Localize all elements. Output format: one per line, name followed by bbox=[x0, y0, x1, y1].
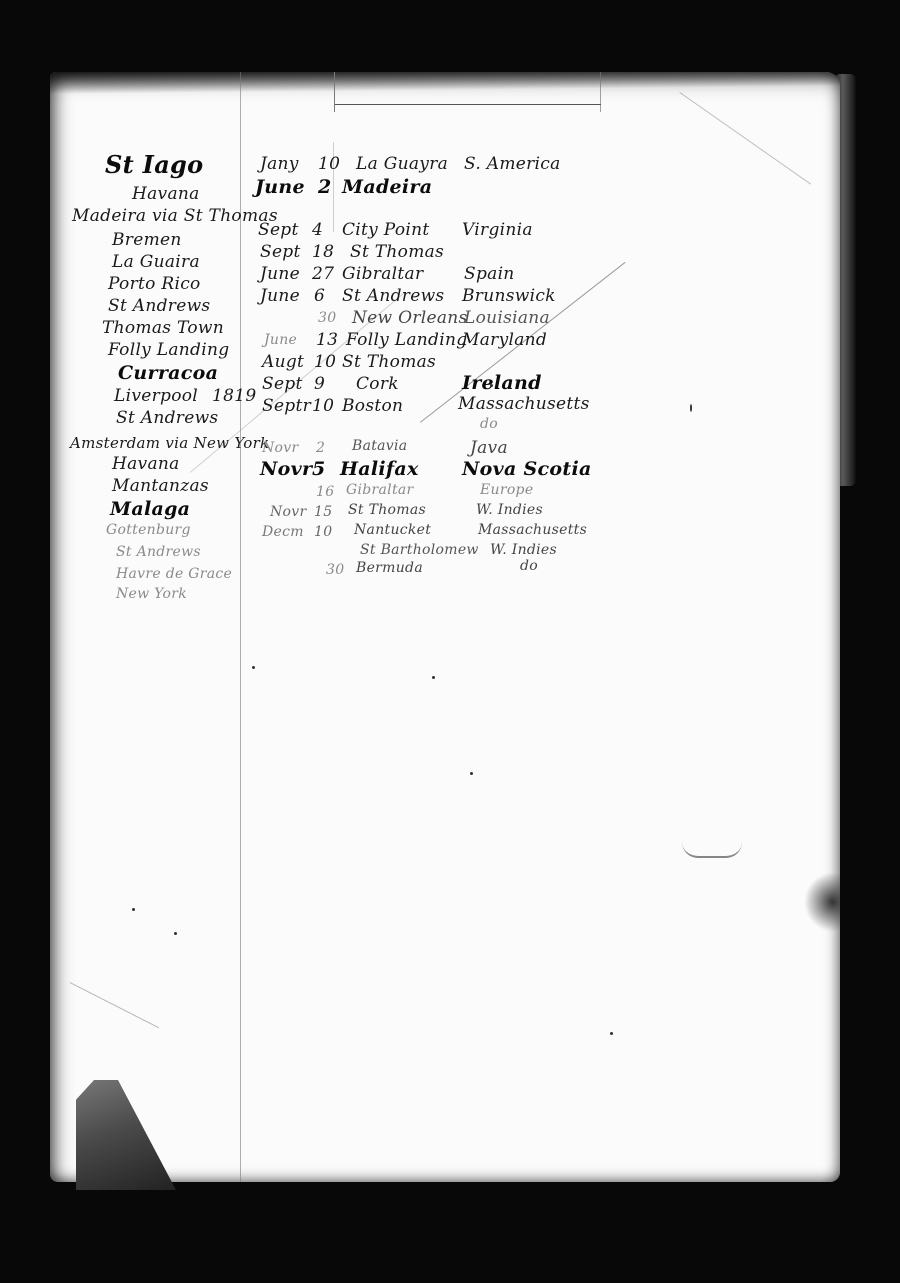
place-entry: Havre de Grace bbox=[116, 566, 232, 582]
region-cell: Ireland bbox=[462, 372, 542, 394]
place-entry: Thomas Town bbox=[102, 318, 224, 338]
port-cell: St Bartholomew bbox=[360, 542, 479, 558]
column-rule-3 bbox=[600, 72, 601, 112]
ink-speck bbox=[470, 772, 473, 775]
place-entry: Gottenburg bbox=[106, 522, 191, 538]
day-cell: 10 bbox=[312, 396, 334, 416]
region-cell: Maryland bbox=[462, 330, 547, 350]
month-cell: June bbox=[264, 332, 297, 348]
day-cell: 16 bbox=[316, 484, 334, 500]
edge-stain bbox=[804, 872, 840, 932]
pencil-line bbox=[679, 92, 811, 185]
day-cell: 15 bbox=[314, 504, 332, 520]
year-note: 1819 bbox=[212, 386, 256, 406]
place-entry: Curracoa bbox=[118, 362, 218, 384]
place-entry: Malaga bbox=[110, 498, 190, 520]
month-cell: Jany bbox=[260, 154, 299, 174]
port-cell: La Guayra bbox=[356, 154, 448, 174]
port-cell: Folly Landing bbox=[346, 330, 467, 350]
region-cell: Louisiana bbox=[464, 308, 550, 328]
day-cell: 4 bbox=[312, 220, 323, 240]
place-entry: Folly Landing bbox=[108, 340, 229, 360]
ink-speck bbox=[174, 932, 177, 935]
top-shadow bbox=[50, 72, 840, 94]
region-cell: W. Indies bbox=[490, 542, 557, 558]
place-entry: Madeira via St Thomas bbox=[72, 206, 278, 226]
place-entry: Havana bbox=[132, 184, 200, 204]
region-cell: Java bbox=[470, 438, 508, 458]
region-cell: do bbox=[480, 416, 498, 432]
month-cell: Sept bbox=[258, 220, 299, 240]
day-cell: 27 bbox=[312, 264, 334, 284]
place-entry: Amsterdam via New York bbox=[70, 434, 269, 452]
month-cell: Decm bbox=[262, 524, 304, 540]
month-cell: Sept bbox=[260, 242, 301, 262]
port-cell: Gibraltar bbox=[342, 264, 423, 284]
region-cell: Spain bbox=[464, 264, 515, 284]
place-entry: La Guaira bbox=[112, 252, 200, 272]
port-cell: Gibraltar bbox=[346, 482, 414, 498]
port-cell: St Thomas bbox=[342, 352, 436, 372]
region-cell: W. Indies bbox=[476, 502, 543, 518]
port-cell: St Andrews bbox=[342, 286, 444, 306]
ink-smudge bbox=[682, 842, 742, 858]
region-cell: S. America bbox=[464, 154, 561, 174]
ledger-page: St Iago Havana Madeira via St Thomas Bre… bbox=[50, 72, 840, 1182]
day-cell: 5 bbox=[312, 458, 326, 480]
month-cell: Augt bbox=[262, 352, 304, 372]
port-cell: Madeira bbox=[342, 176, 432, 198]
month-cell: June bbox=[260, 264, 300, 284]
day-cell: 10 bbox=[314, 352, 336, 372]
region-cell: Virginia bbox=[462, 220, 533, 240]
day-cell: 13 bbox=[316, 330, 338, 350]
port-cell: Boston bbox=[342, 396, 403, 416]
day-cell: 9 bbox=[314, 374, 325, 394]
day-cell: 30 bbox=[318, 310, 336, 326]
ink-speck bbox=[252, 666, 255, 669]
month-cell: Septr bbox=[262, 396, 311, 416]
region-cell: Massachusetts bbox=[458, 394, 590, 414]
port-cell: St Thomas bbox=[350, 242, 444, 262]
place-entry: St Andrews bbox=[116, 544, 201, 560]
column-rule-2 bbox=[334, 72, 335, 112]
day-cell: 2 bbox=[318, 176, 332, 198]
day-cell: 18 bbox=[312, 242, 334, 262]
ink-speck bbox=[432, 676, 435, 679]
region-cell: do bbox=[520, 558, 538, 574]
port-cell: Nantucket bbox=[354, 522, 431, 538]
pencil-line bbox=[70, 982, 160, 1028]
day-cell: 2 bbox=[316, 440, 325, 456]
region-cell: Europe bbox=[480, 482, 533, 498]
day-cell: 6 bbox=[314, 286, 325, 306]
port-cell: St Thomas bbox=[348, 502, 426, 518]
place-entry: Porto Rico bbox=[108, 274, 201, 294]
day-cell: 10 bbox=[318, 154, 340, 174]
month-cell: Novr bbox=[260, 458, 312, 480]
month-cell: June bbox=[260, 286, 300, 306]
region-cell: Massachusetts bbox=[478, 522, 587, 538]
ink-speck bbox=[610, 1032, 613, 1035]
port-cell: New Orleans bbox=[352, 308, 468, 328]
port-cell: Batavia bbox=[352, 438, 407, 454]
day-cell: 30 bbox=[326, 562, 344, 578]
ink-speck bbox=[132, 908, 135, 911]
place-entry: New York bbox=[116, 586, 187, 602]
month-cell: Novr bbox=[270, 504, 306, 520]
port-cell: City Point bbox=[342, 220, 430, 240]
place-entry: Mantanzas bbox=[112, 476, 209, 496]
month-cell: June bbox=[255, 176, 305, 198]
region-cell: Brunswick bbox=[462, 286, 556, 306]
day-cell: 10 bbox=[314, 524, 332, 540]
place-entry: Liverpool bbox=[114, 386, 198, 406]
place-entry: Havana bbox=[112, 454, 180, 474]
month-cell: Sept bbox=[262, 374, 303, 394]
port-cell: Cork bbox=[356, 374, 399, 394]
header-rule bbox=[335, 104, 601, 105]
port-cell: Bermuda bbox=[356, 560, 423, 576]
month-cell: Novr bbox=[262, 440, 298, 456]
ink-speck bbox=[490, 384, 493, 387]
place-entry: Bremen bbox=[112, 230, 182, 250]
region-cell: Nova Scotia bbox=[462, 458, 592, 480]
place-entry: St Andrews bbox=[108, 296, 210, 316]
place-entry: St Andrews bbox=[116, 408, 218, 428]
port-cell: Halifax bbox=[340, 458, 419, 480]
ink-speck bbox=[690, 404, 692, 412]
place-entry: St Iago bbox=[105, 150, 203, 179]
column-rule-1 bbox=[240, 72, 241, 1182]
